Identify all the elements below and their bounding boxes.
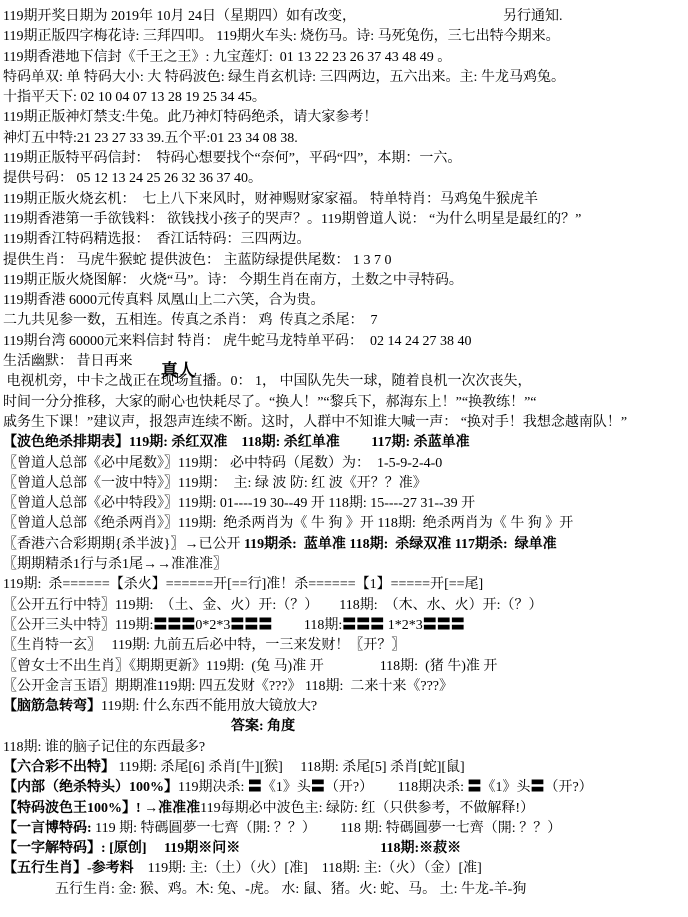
text-line: 〖公开金言玉语〗期期准119期: 四五发财《???》 118期: 二来十来《??… bbox=[3, 677, 686, 697]
text-segment: 119期香港 6000元传真料 凤凰山上二六笑，合为贵。 bbox=[3, 293, 324, 308]
text-segment: （开?） bbox=[544, 780, 592, 795]
text-segment-bold: 【波色绝杀排期表】119期: 杀红双准 118期: 杀红单准 117期: 杀蓝单… bbox=[3, 435, 470, 450]
text-line: 119期正版火烧图解： 火烧“马”。诗： 今期生肖在南方，土数之中寻特码。 bbox=[3, 271, 686, 291]
text-segment: 118期: bbox=[272, 618, 342, 633]
text-line: 【五行生肖】-参考料 119期: 主:（土）（火）[准] 118期: 主:（火）… bbox=[3, 859, 686, 879]
text-line: 十指平天下: 02 10 04 07 13 28 19 25 34 45。 bbox=[3, 88, 686, 108]
text-line: 〖曾道人总部《绝杀两肖》〗119期: 绝杀两肖为《 牛 狗 》开 118期: 绝… bbox=[3, 514, 686, 534]
text-segment: 〖公开金言玉语〗期期准119期: 四五发财《???》 118期: 二来十来《??… bbox=[3, 679, 453, 694]
text-segment: 119期正版火烧玄机： 七上八下来风时，财神赐财家家福。 特单特肖：马鸡兔牛猴虎… bbox=[3, 192, 538, 207]
document-body: 119期开奖日期为 2019年 10月 24日（星期四）如有改变， 另行通知.1… bbox=[0, 0, 688, 900]
text-line: 119期香江特码精选报： 香江话特码：三四两边。 bbox=[3, 230, 686, 250]
text-segment: 《1》头 bbox=[481, 780, 530, 795]
text-line: 119期台湾 60000元来料信封 特肖： 虎牛蛇马龙特单平码： 02 14 2… bbox=[3, 332, 686, 352]
text-line: 时间一分分推移，大家的耐心也快耗尽了。“换人！”“黎兵下，郝海东上！”“换教练！… bbox=[3, 393, 686, 413]
text-line: 118期: 谁的脑子记住的东西最多? bbox=[3, 738, 686, 758]
text-segment: 119期香港地下信封《千王之王》: 九宝莲灯: 01 13 22 23 26 3… bbox=[3, 50, 451, 65]
text-segment: 〖香港六合彩期期{杀半波}〗→已公开 bbox=[3, 537, 244, 552]
text-segment: 〖曾道人总部《必中尾数》〗119期： 必中特码（尾数）为： 1-5-9-2-4-… bbox=[3, 456, 442, 471]
text-segment: 119期香江特码精选报： 香江话特码：三四两边。 bbox=[3, 232, 310, 247]
text-line: 二九共见参一数，五相连。传真之杀肖： 鸡 传真之杀尾： 7 bbox=[3, 311, 686, 331]
text-segment: 〖曾道人总部《必中特段》〗119期: 01----19 30--49 开 118… bbox=[3, 496, 475, 511]
text-segment: 电视机旁，中卡之战正在现场直播。0： 1， 中国队先失一球，随着良机一次次丧失， bbox=[3, 374, 532, 389]
text-segment-bold: 119期杀: 蓝单准 118期: 杀绿双准 117期杀: 绿单准 bbox=[244, 537, 557, 552]
text-line: 〖公开三头中特〗119期:〓〓〓0*2*3〓〓〓 118期:〓〓〓 1*2*3〓… bbox=[3, 616, 686, 636]
text-line: 〖曾道人总部《一波中特》〗119期： 主: 绿 波 防: 红 波《开？？准》 bbox=[3, 474, 686, 494]
text-line: 119期正版特平码信封： 特码心想要找个“奈何”，平码“四”，本期：一六。 bbox=[3, 149, 686, 169]
text-segment-bold: 〓 bbox=[467, 780, 481, 795]
text-segment: 119期决杀: bbox=[178, 780, 248, 795]
text-line: 提供生肖： 马虎牛猴蛇 提供波色： 主蓝防绿提供尾数： 1 3 7 0 bbox=[3, 251, 686, 271]
text-segment: 〖公开三头中特〗119期: bbox=[3, 618, 153, 633]
text-segment: 119期正版四字梅花诗: 三拜四叩。 119期火车头: 烧伤马。诗: 马死兔伤，… bbox=[3, 29, 560, 44]
text-segment-bold: 【一言博特码: bbox=[3, 821, 95, 836]
text-line: 特码单双: 单 特码大小: 大 特码波色: 绿生肖玄机诗: 三四两边，五六出来。… bbox=[3, 68, 686, 88]
text-line: 【脑筋急转弯】119期: 什么东西不能用放大镜放大? bbox=[3, 697, 686, 717]
text-segment: 另行通知. bbox=[349, 9, 563, 24]
text-segment: 119期正版神灯禁支:牛兔。此乃神灯特码绝杀，请大家参考！ bbox=[3, 110, 377, 125]
text-line: 〖公开五行中特〗119期: （土、金、火）开:（？） 118期: （木、水、火）… bbox=[3, 596, 686, 616]
text-line: 119期: 杀======【杀火】======开[==行]准！杀======【1… bbox=[3, 575, 686, 595]
text-line: 119期正版神灯禁支:牛兔。此乃神灯特码绝杀，请大家参考！ bbox=[3, 108, 686, 128]
text-segment-bold: 〓 bbox=[530, 780, 544, 795]
text-segment: （开?） 118期决杀: bbox=[325, 780, 468, 795]
text-segment-bold: 〓〓〓 bbox=[342, 618, 384, 633]
text-line: 答案: 角度 bbox=[3, 717, 686, 737]
text-segment: 0*2*3 bbox=[195, 618, 230, 633]
text-line: 119期香港 6000元传真料 凤凰山上二六笑，合为贵。 bbox=[3, 291, 686, 311]
text-line: 提供号码： 05 12 13 24 25 26 32 36 37 40。 bbox=[3, 169, 686, 189]
text-segment: 时间一分分推移，大家的耐心也快耗尽了。“换人！”“黎兵下，郝海东上！”“换教练！… bbox=[3, 395, 537, 410]
text-line: 119期正版火烧玄机： 七上八下来风时，财神赐财家家福。 特单特肖：马鸡兔牛猴虎… bbox=[3, 190, 686, 210]
text-segment: 118期: 谁的脑子记住的东西最多? bbox=[3, 740, 205, 755]
text-segment: 〖曾道人总部《一波中特》〗119期： 主: 绿 波 防: 红 波《开？？准》 bbox=[3, 476, 427, 491]
text-line: 【内部（绝杀特头）100%】119期决杀: 〓《1》头〓（开?） 118期决杀:… bbox=[3, 778, 686, 798]
text-line: 〖期期精杀1行与杀1尾→→准准准〗 bbox=[3, 555, 686, 575]
text-segment: 119期正版特平码信封： 特码心想要找个“奈何”，平码“四”，本期：一六。 bbox=[3, 151, 461, 166]
text-segment-bold: 〓〓〓 bbox=[153, 618, 195, 633]
text-segment: 119期: 什么东西不能用放大镜放大? bbox=[101, 699, 317, 714]
text-line: 生活幽默： 昔日再来真人 bbox=[3, 352, 686, 372]
text-line: 神灯五中特:21 23 27 33 39.五个平:01 23 34 08 38. bbox=[3, 129, 686, 149]
text-segment-bold: 【脑筋急转弯】 bbox=[3, 699, 101, 714]
text-segment-bold: 【内部（绝杀特头）100%】 bbox=[3, 780, 178, 795]
text-line: 【一言博特码: 119 期: 特碼圓夢一七齊（開: ？？） 118 期: 特碼圓… bbox=[3, 819, 686, 839]
text-segment: 〖曾道人总部《绝杀两肖》〗119期: 绝杀两肖为《 牛 狗 》开 118期: 绝… bbox=[3, 516, 573, 531]
text-segment-bold: 118期:※菽※ bbox=[240, 841, 461, 856]
text-segment: 〖期期精杀1行与杀1尾→→准准准〗 bbox=[3, 557, 227, 572]
text-segment: 戚务生下课！”建议声，报怨声连续不断。这时，人群中不知谁大喊一声： “换对手！我… bbox=[3, 415, 627, 430]
text-segment-bold: 〓〓〓 bbox=[423, 618, 465, 633]
text-line: 【特码波色王100%】! →准准准119每期必中波色主: 绿防: 红（只供参考，… bbox=[3, 799, 686, 819]
text-segment: 119期: 杀======【杀火】======开[==行]准！杀======【1… bbox=[3, 577, 483, 592]
text-segment: 119期台湾 60000元来料信封 特肖： 虎牛蛇马龙特单平码： 02 14 2… bbox=[3, 334, 471, 349]
text-line: 119期香港地下信封《千王之王》: 九宝莲灯: 01 13 22 23 26 3… bbox=[3, 48, 686, 68]
text-line: 119期开奖日期为 2019年 10月 24日（星期四）如有改变， 另行通知. bbox=[3, 7, 686, 27]
text-segment: 119每期必中波色主: 绿防: 红（只供参考，不做解释!） bbox=[200, 801, 534, 816]
text-segment-bold: 〓〓〓 bbox=[230, 618, 272, 633]
text-segment-bold: 答案: 角度 bbox=[231, 719, 295, 734]
text-line: 119期正版四字梅花诗: 三拜四叩。 119期火车头: 烧伤马。诗: 马死兔伤，… bbox=[3, 27, 686, 47]
text-segment: 119期: 杀尾[6] 杀肖[牛][猴] 118期: 杀尾[5] 杀肖[蛇][鼠… bbox=[115, 760, 465, 775]
text-segment: 二九共见参一数，五相连。传真之杀肖： 鸡 传真之杀尾： 7 bbox=[3, 313, 378, 328]
text-segment-bold: 【特码波色王100%】! →准准准 bbox=[3, 801, 200, 816]
text-segment: 生活幽默： 昔日再来 bbox=[3, 354, 133, 369]
text-segment-bold: 【五行生肖】-参考料 bbox=[3, 861, 134, 876]
text-segment: 119期: 主:（土）（火）[准] 118期: 主:（火）（金）[准] bbox=[134, 861, 482, 876]
text-segment: 119期开奖日期为 2019年 10月 24日（星期四）如有改变， bbox=[3, 9, 349, 24]
text-segment: 提供号码： 05 12 13 24 25 26 32 36 37 40。 bbox=[3, 171, 262, 186]
text-line: 〖生肖特一玄〗 119期: 九前五后必中特，一三来发财！〖开？〗 bbox=[3, 636, 686, 656]
text-segment: 〖公开五行中特〗119期: （土、金、火）开:（？） 118期: （木、水、火）… bbox=[3, 598, 543, 613]
text-line: 119期香港第一手欲钱料： 欲钱找小孩子的哭声？。119期曾道人说： “为什么明… bbox=[3, 210, 686, 230]
text-line: 【波色绝杀排期表】119期: 杀红双准 118期: 杀红单准 117期: 杀蓝单… bbox=[3, 433, 686, 453]
text-line: 【一字解特码】: [原创] 119期※问※ 118期:※菽※ bbox=[3, 839, 686, 859]
text-segment: 119期香港第一手欲钱料： 欲钱找小孩子的哭声？。119期曾道人说： “为什么明… bbox=[3, 212, 581, 227]
text-segment-bold: 〓 bbox=[248, 780, 262, 795]
text-line: 五行生肖: 金: 猴、鸡。木: 兔、-虎。 水: 鼠、猪。火: 蛇、马。 土: … bbox=[3, 880, 686, 900]
text-line: 戚务生下课！”建议声，报怨声连续不断。这时，人群中不知谁大喊一声： “换对手！我… bbox=[3, 413, 686, 433]
text-segment: 〖生肖特一玄〗 119期: 九前五后必中特，一三来发财！〖开？〗 bbox=[3, 638, 405, 653]
text-line: 〖曾道人总部《必中特段》〗119期: 01----19 30--49 开 118… bbox=[3, 494, 686, 514]
text-segment-bold: 〓 bbox=[311, 780, 325, 795]
text-line: 〖香港六合彩期期{杀半波}〗→已公开 119期杀: 蓝单准 118期: 杀绿双准… bbox=[3, 535, 686, 555]
text-line: 〖曾女士不出生肖〗《期期更新》119期: (兔 马)准 开 118期: (猪 牛… bbox=[3, 657, 686, 677]
text-line: 【六合彩不出特】 119期: 杀尾[6] 杀肖[牛][猴] 118期: 杀尾[5… bbox=[3, 758, 686, 778]
text-segment: 119期正版火烧图解： 火烧“马”。诗： 今期生肖在南方，土数之中寻特码。 bbox=[3, 273, 463, 288]
text-segment-bold: 【六合彩不出特】 bbox=[3, 760, 115, 775]
text-segment: 《1》头 bbox=[262, 780, 311, 795]
text-line: 电视机旁，中卡之战正在现场直播。0： 1， 中国队先失一球，随着良机一次次丧失， bbox=[3, 372, 686, 392]
text-segment: 五行生肖: 金: 猴、鸡。木: 兔、-虎。 水: 鼠、猪。火: 蛇、马。 土: … bbox=[55, 882, 526, 897]
text-segment: 119 期: 特碼圓夢一七齊（開: ？？） 118 期: 特碼圓夢一七齊（開: … bbox=[95, 821, 561, 836]
text-segment: 提供生肖： 马虎牛猴蛇 提供波色： 主蓝防绿提供尾数： 1 3 7 0 bbox=[3, 253, 392, 268]
text-line: 〖曾道人总部《必中尾数》〗119期： 必中特码（尾数）为： 1-5-9-2-4-… bbox=[3, 454, 686, 474]
text-segment-bold: 【一字解特码】: [原创] 119期※问※ bbox=[3, 841, 240, 856]
text-segment: 特码单双: 单 特码大小: 大 特码波色: 绿生肖玄机诗: 三四两边，五六出来。… bbox=[3, 70, 565, 85]
text-segment: 十指平天下: 02 10 04 07 13 28 19 25 34 45。 bbox=[3, 90, 266, 105]
text-segment: 1*2*3 bbox=[384, 618, 423, 633]
text-segment: 神灯五中特:21 23 27 33 39.五个平:01 23 34 08 38. bbox=[3, 131, 298, 146]
text-segment: 〖曾女士不出生肖〗《期期更新》119期: (兔 马)准 开 118期: (猪 牛… bbox=[3, 659, 497, 674]
